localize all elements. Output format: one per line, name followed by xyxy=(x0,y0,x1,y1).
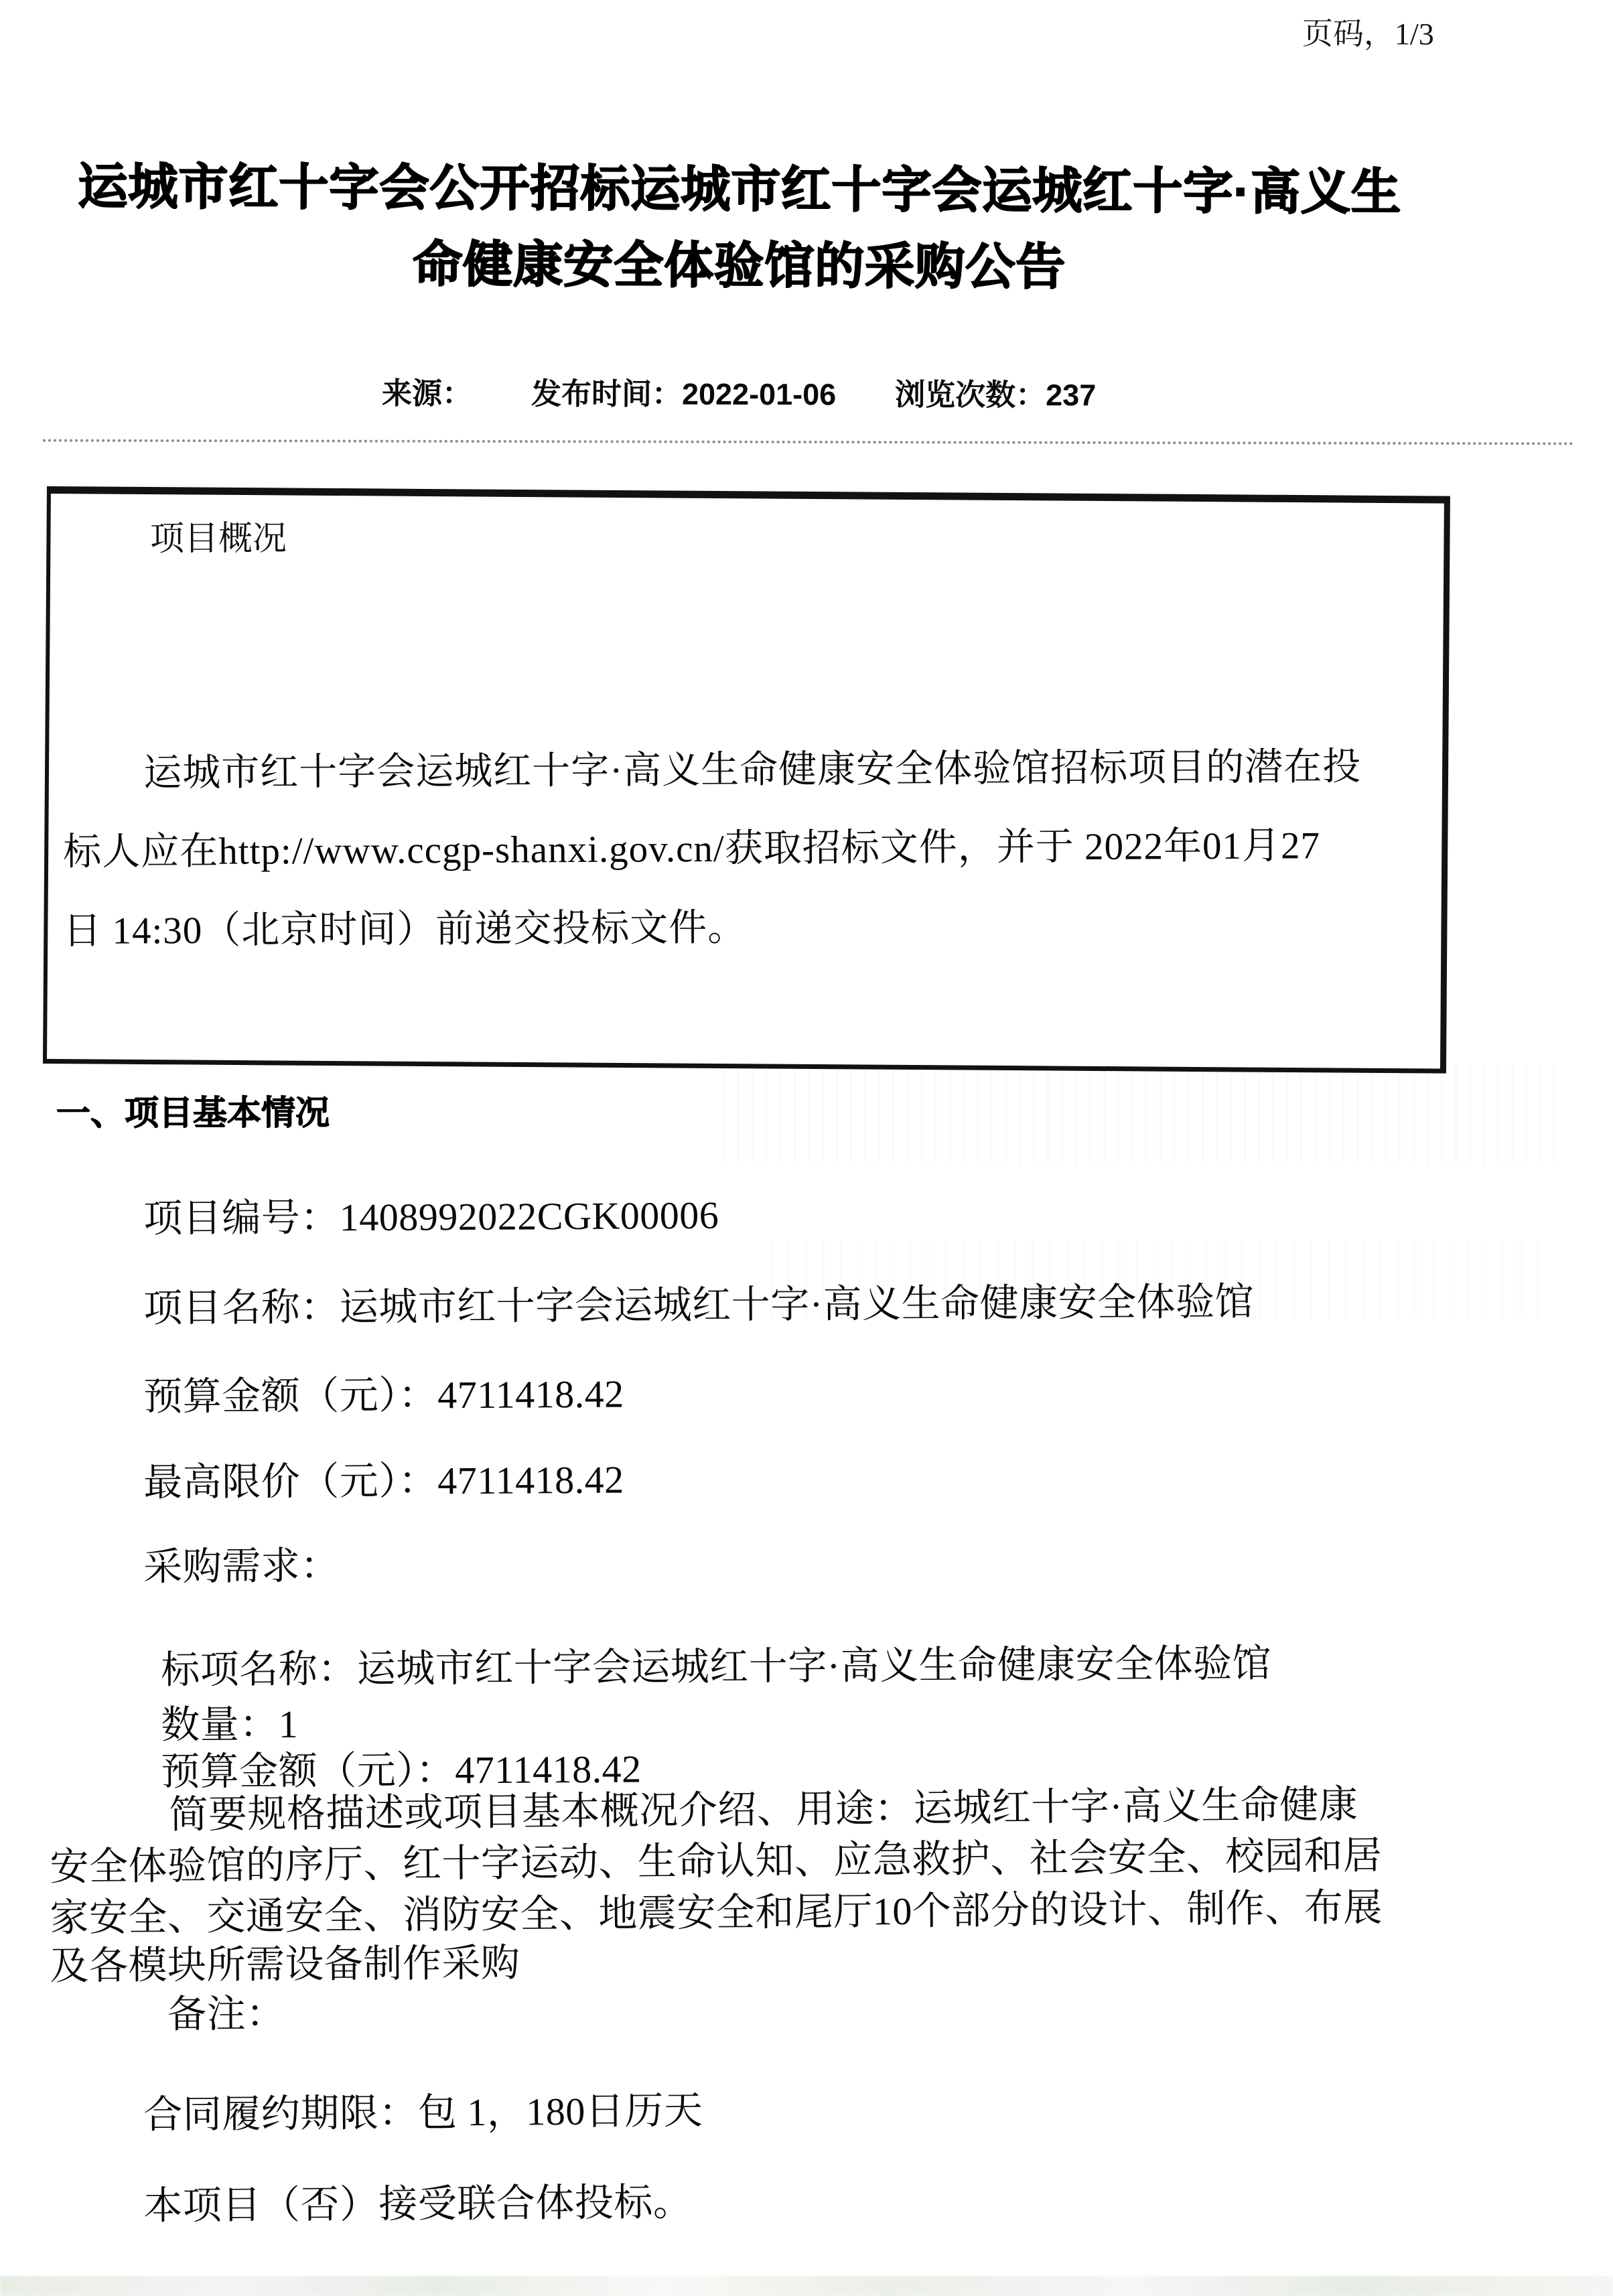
overview-paragraph-line-2: 标人应在http://www.ccgp-shanxi.gov.cn/获取招标文件… xyxy=(63,814,1320,876)
title-line-2: 命健康安全体验馆的采购公告 xyxy=(9,224,1470,307)
project-number-line: 项目编号：1408992022CGK00006 xyxy=(143,1183,719,1243)
scan-noise-artifact xyxy=(723,1064,1567,1164)
joint-bid-line: 本项目（否）接受联合体投标。 xyxy=(143,2170,693,2230)
title-line-1: 运城市红十字会公开招标运城市红十字会运城红十字·高义生 xyxy=(9,148,1470,231)
document-page: 页码，1/3 运城市红十字会公开招标运城市红十字会运城红十字·高义生 命健康安全… xyxy=(0,0,1613,2296)
overview-paragraph-line-3: 日 14:30（北京时间）前递交投标文件。 xyxy=(63,897,747,955)
lot-name-line: 标项名称：运城市红十字会运城红十字·高义生命健康安全体验馆 xyxy=(161,1632,1271,1695)
meta-publish-date: 发布时间：2022-01-06 xyxy=(531,369,836,413)
bottom-scan-artifact-strip xyxy=(0,2276,1613,2296)
document-title: 运城市红十字会公开招标运城市红十字会运城红十字·高义生 命健康安全体验馆的采购公… xyxy=(9,148,1470,307)
max-price-line: 最高限价（元）：4711418.42 xyxy=(143,1448,624,1507)
meta-row: 来源： 发布时间：2022-01-06 浏览次数：237 xyxy=(382,369,1096,415)
page-number: 页码，1/3 xyxy=(1302,9,1434,54)
meta-source-label: 来源： xyxy=(382,369,472,413)
overview-heading: 项目概况 xyxy=(150,510,287,561)
section-1-heading: 一、项目基本情况 xyxy=(56,1085,330,1135)
contract-period-line: 合同履约期限：包 1，180日历天 xyxy=(143,2078,703,2139)
meta-view-count: 浏览次数：237 xyxy=(895,370,1096,415)
procurement-requirements-label: 采购需求： xyxy=(143,1534,340,1591)
remark-label: 备注： xyxy=(167,1982,285,2039)
dotted-separator xyxy=(43,439,1574,445)
project-name-line: 项目名称：运城市红十字会运城红十字·高义生命健康安全体验馆 xyxy=(143,1270,1254,1333)
budget-amount-line: 预算金额（元）：4711418.42 xyxy=(143,1362,624,1421)
overview-paragraph-line-1: 运城市红十字会运城红十字·高义生命健康安全体验馆招标项目的潜在投 xyxy=(143,735,1361,797)
